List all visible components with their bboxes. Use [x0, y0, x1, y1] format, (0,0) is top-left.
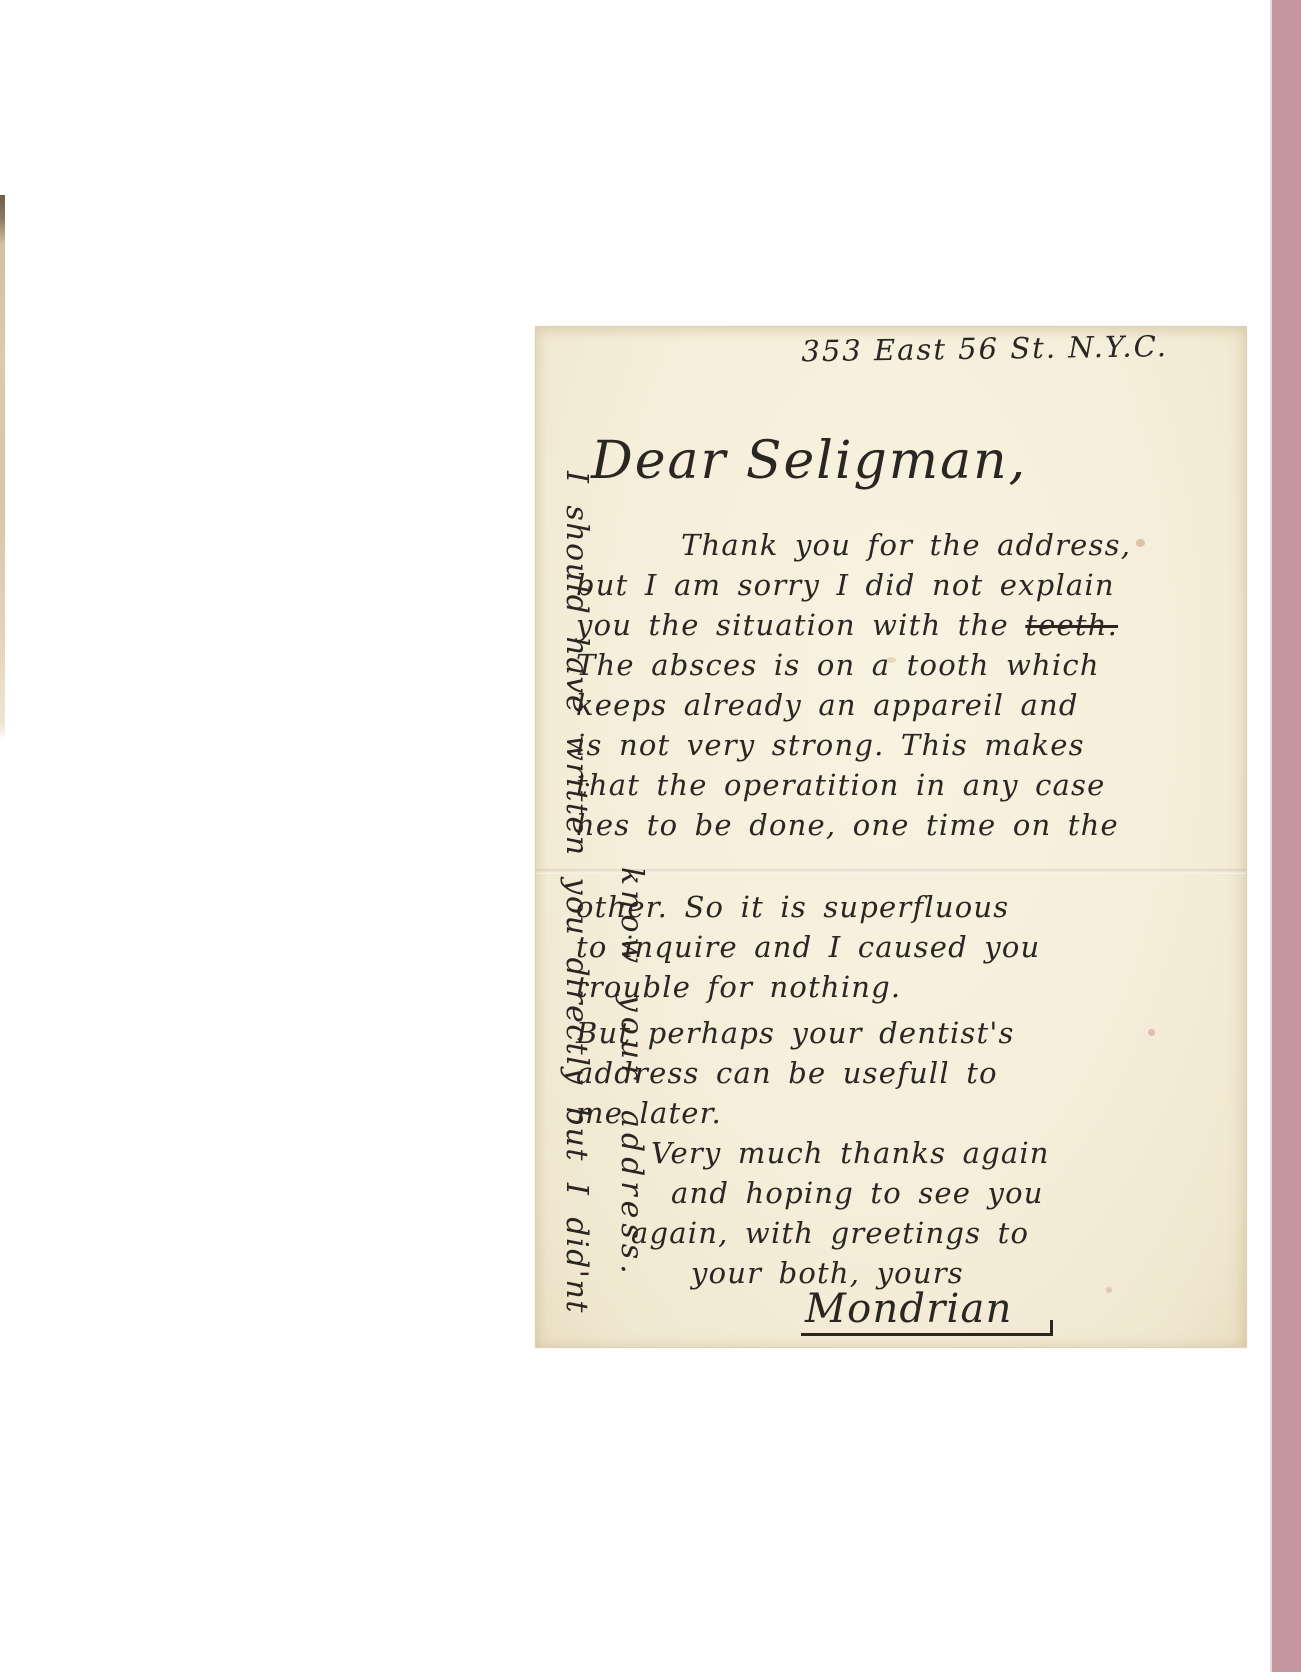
letter-line: me later.	[576, 1093, 1196, 1133]
letter-line: trouble for nothing.	[576, 967, 1196, 1007]
letter-signature: Mondrian	[801, 1289, 1051, 1336]
signature-row: Mondrian	[801, 1289, 1196, 1336]
pink-mat-band	[1270, 0, 1301, 1672]
letter-address: 353 East 56 St. N.Y.C.	[536, 328, 1246, 372]
letter-line: The absces is on a tooth which	[576, 645, 1196, 685]
letter-line: again, with greetings to	[631, 1213, 1196, 1253]
letter-body: Thank you for the address, but I am sorr…	[576, 525, 1196, 1336]
letter-line: But perhaps your dentist's	[576, 1013, 1196, 1053]
letter-line: to inquire and I caused you	[576, 927, 1196, 967]
adjacent-page-edge	[0, 195, 5, 740]
letter-line: hes to be done, one time on the	[576, 805, 1196, 845]
letter-line-text: you the situation with the	[576, 608, 1025, 642]
letter-salutation: Dear Seligman,	[591, 431, 1027, 491]
letter-line: other. So it is superfluous	[576, 887, 1196, 927]
letter-line: you the situation with the teeth.	[576, 605, 1196, 645]
letter-line: that the operatition in any case	[576, 765, 1196, 805]
struck-word: teeth.	[1025, 608, 1118, 642]
letter-paper: 353 East 56 St. N.Y.C. Dear Seligman, Th…	[535, 326, 1247, 1348]
letter-line: is not very strong. This makes	[576, 725, 1196, 765]
letter-line: but I am sorry I did not explain	[576, 565, 1196, 605]
letter-line: keeps already an appareil and	[576, 685, 1196, 725]
letter-line: address can be usefull to	[576, 1053, 1196, 1093]
scan-page: { "letter": { "address": "353 East 56 St…	[0, 0, 1301, 1672]
letter-line: and hoping to see you	[671, 1173, 1196, 1213]
letter-line: Thank you for the address,	[681, 525, 1196, 565]
margin-note-line-2: know your address.	[614, 867, 648, 1279]
letter-line: Very much thanks again	[651, 1133, 1196, 1173]
margin-note-line-1: I should have written you directly but I…	[559, 471, 593, 1314]
